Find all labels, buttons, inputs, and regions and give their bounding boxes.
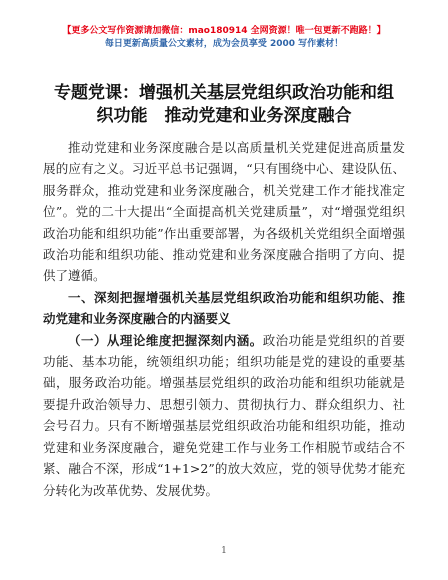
document-page: 【更多公文写作资源请加微信：mao180914 全网资源！唯一包更新不跑路！】 …	[0, 0, 448, 580]
promo-line-red: 【更多公文写作资源请加微信：mao180914 全网资源！唯一包更新不跑路！】	[0, 25, 448, 38]
document-body: 推动党建和业务深度融合是以高质量机关党建促进高质量发展的应有之义。习近平总书记强…	[43, 137, 405, 501]
document-title: 专题党课：增强机关基层党组织政治功能和组 织功能 推动党建和业务深度融合	[0, 82, 448, 128]
document-title-line1: 专题党课：增强机关基层党组织政治功能和组	[0, 82, 448, 105]
document-title-line2: 织功能 推动党建和业务深度融合	[0, 105, 448, 128]
paragraph-2-text: 政治功能是党组织的首要功能、基本功能，统领组织功能；组织功能是党的建设的重要基础…	[43, 333, 405, 498]
page-number: 1	[0, 546, 448, 556]
section-heading-1: 一、深刻把握增强机关基层党组织政治功能和组织功能、推动党建和业务深度融合的内涵要…	[43, 287, 405, 330]
body-paragraph-2: （一）从理论维度把握深刻内涵。政治功能是党组织的首要功能、基本功能，统领组织功能…	[43, 330, 405, 501]
body-paragraph-1: 推动党建和业务深度融合是以高质量机关党建促进高质量发展的应有之义。习近平总书记强…	[43, 137, 405, 287]
promo-line-blue: 每日更新高质量公文素材，成为会员享受 2000 写作素材！	[0, 38, 448, 51]
paragraph-2-lead: （一）从理论维度把握深刻内涵。	[68, 333, 263, 348]
promo-header: 【更多公文写作资源请加微信：mao180914 全网资源！唯一包更新不跑路！】 …	[0, 0, 448, 51]
